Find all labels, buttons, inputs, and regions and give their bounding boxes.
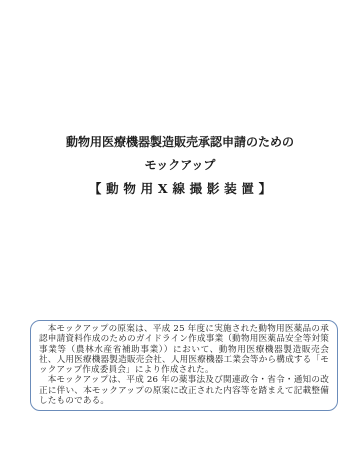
document-title-line-1: 動物用医療機器製造販売承認申請のための xyxy=(0,131,360,154)
document-title-line-3: 【動物用X線撮影装置】 xyxy=(0,177,360,200)
title-block: 動物用医療機器製造販売承認申請のための モックアップ 【動物用X線撮影装置】 xyxy=(0,131,360,200)
document-page: 動物用医療機器製造販売承認申請のための モックアップ 【動物用X線撮影装置】 本… xyxy=(0,0,360,466)
note-paragraph-1: 本モックアップの原案は、平成 25 年度に実施された動物用医薬品の承認申請資料作… xyxy=(39,324,329,375)
document-title-line-2: モックアップ xyxy=(0,154,360,177)
note-box: 本モックアップの原案は、平成 25 年度に実施された動物用医薬品の承認申請資料作… xyxy=(30,320,338,411)
note-paragraph-2: 本モックアップは、平成 26 年の薬事法及び関連政令・省令・通知の改正に伴い、本… xyxy=(39,375,329,406)
